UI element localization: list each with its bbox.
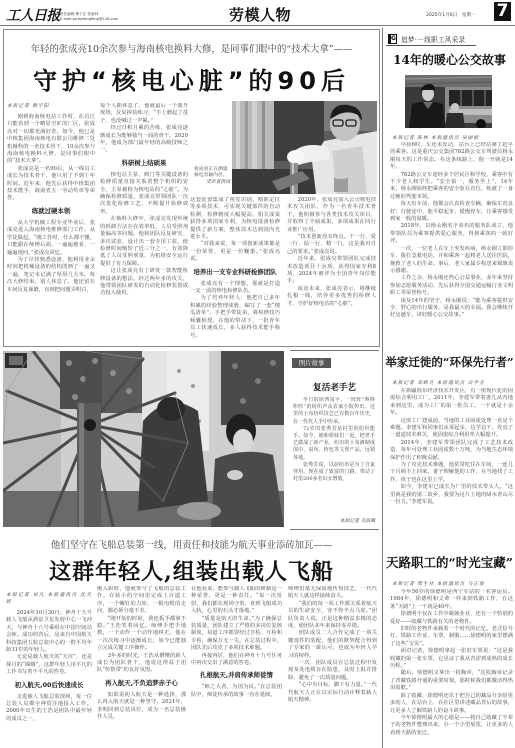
byline: 本报记者 吴凡 本报通讯员 沈天娇 bbox=[6, 592, 92, 606]
spinning-wheel-photo-image bbox=[3, 351, 284, 527]
newspaper-logo: 工人日报 bbox=[6, 5, 60, 25]
paragraph: 72岁的张秀芳是村里的纺织能手。如今，她和姐妹们一起，把老手艺做成了新产业，纺出… bbox=[293, 426, 375, 462]
paragraph: 在新疆准东经济技术开发区，有一座现代化的固废综合利用工厂。2011年，李建军带着… bbox=[390, 388, 513, 418]
paragraph: 如果说初入航天是一种选择，那么再入航天就是一种坚守。2021年，李明回到总装岗位… bbox=[97, 692, 186, 722]
paragraph: 核电站主泵、阀门等关键设备的检修质量直接关系着整个机组的安全，主泵被称为核电站的… bbox=[100, 172, 188, 216]
bottom-article-kicker: 他们坚守在飞船总装第一线，用责任和技能为航天事业添砖加瓦—— bbox=[3, 537, 380, 551]
paragraph: “技术创新没有终点。干一行、爱一行、钻一行、精一行，这是我对自己的要求。”张成亮… bbox=[287, 234, 376, 256]
subheading: 扎根航天,并肩传承师徒情 bbox=[191, 671, 282, 680]
subheading: 初入航天,00后快速成长 bbox=[6, 681, 92, 690]
paragraph: “师之大者，为国为民。”在总装团队中，师徒传承的故事一直在延续。 bbox=[191, 684, 282, 699]
column-header-rule bbox=[386, 45, 476, 46]
issue-date: 2025年1月6日 星期一 bbox=[426, 12, 476, 18]
story-body-railway: 今年56岁的徐德明是西宁车站的一名客运员。1984年，徐德明和父辈一样来到铁路工… bbox=[390, 589, 513, 747]
paragraph: 如今，李建军已成长为厂里的技术带头人。“这里就是我的第二故乡，我要为这片土地的绿… bbox=[390, 484, 513, 506]
story-headline-bus[interactable]: 14年的暖心公交故事 bbox=[385, 51, 514, 68]
page-number-badge: 7 bbox=[494, 2, 511, 21]
bottom-article-column-3: 在他看来，能参与载人飞船的研制是一种荣誉，更是一种责任。“每一次发射，我们都在现… bbox=[191, 586, 282, 748]
bus-driver-photo-image bbox=[405, 75, 492, 128]
photo-story-headline[interactable]: 复活老手艺 bbox=[290, 381, 379, 393]
paragraph: 在换料大修中，张成亮发现传统的拆卸方法存在效率低、人员受照剂量偏高等问题。他和团… bbox=[100, 216, 188, 268]
newspaper-page: 工人日报 责任编辑:曹子正 张新林 E-mail:grrbzhengfeng@1… bbox=[0, 0, 515, 748]
bottom-article-headline[interactable]: 这群年轻人,组装出载人飞船 bbox=[3, 555, 380, 586]
column-title: 追梦·一线职工风采录 bbox=[401, 34, 465, 44]
masthead-divider bbox=[0, 25, 515, 26]
story-headline-railway[interactable]: 天路职工的“时光宝藏” bbox=[385, 553, 514, 571]
paragraph: 每个人都休息了，他就最后一个离开现场，反复拆装练习，“手上磨起了茧子，也没喊过一… bbox=[100, 103, 188, 125]
editor-info: 责任编辑:曹子正 张新林 E-mail:grrbzhengfeng@126.co… bbox=[60, 12, 118, 21]
paragraph: 张秀芳说，以前纺布是为了自家穿用，现在成了致富的门路，带动了村里200多名妇女增… bbox=[293, 462, 375, 484]
subheading: 练就过硬本领 bbox=[7, 207, 95, 216]
paragraph: 师傅们毫无保留地传授技艺，一代代航天人就这样接续奋斗。 bbox=[288, 586, 377, 601]
paragraph: 这让张成亮有了研发一款智能检修设备的想法。经过两年多的攻关，他带领团队研发的自动… bbox=[100, 268, 188, 298]
paragraph: 工作之余，杨永刚还热心公益事业，多年来坚持参加志愿服务活动，先后获得全国交通运输… bbox=[390, 275, 513, 297]
top-article-headline[interactable]: 守护“核电心脏”的90后 bbox=[3, 61, 380, 96]
paragraph: “对我来说，每一项创新成果都是一份荣誉，更是一份鞭策。”张成亮说。 bbox=[190, 241, 280, 263]
paragraph: 一次，团队成员在总装过程中发现某处电缆存在隐患，及时上报并排除，避免了一次质量问… bbox=[288, 660, 377, 682]
paragraph: 团队成员二人合作完成了一项关键部件的装配，他们的默契配合得到了专家的一致认可，也… bbox=[288, 630, 377, 660]
editor-email: E-mail:grrbzhengfeng@126.com bbox=[60, 17, 118, 22]
story-body-bus: 早晨6时，车还未发动，站台上已经站满了赶早的乘客。这是重庆公交集团762路公交车… bbox=[390, 142, 513, 345]
photo-credit: 受访者供图 bbox=[194, 180, 230, 186]
paragraph: 为了培养年轻人，他把自己多年积累的经验整理成册，编写了一套“傻瓜清单”，手把手带… bbox=[190, 295, 280, 339]
story-byline-bus: 本报记者 陈林 本报通讯员 吴丽娟 bbox=[392, 134, 479, 141]
top-article-column-3: 这套装置集成了视觉识别、精准定位等多项技术，可实现关键部件的自动检测，检修精度大… bbox=[190, 197, 280, 345]
subheading: 培养出一支专业科研检修团队 bbox=[190, 268, 280, 277]
paragraph: “心中有目标，脚下有力量。”一代代航天人正在以实际行动诠释着载人航天精神。 bbox=[288, 682, 377, 704]
paragraph: 谈及14年的坚守，杨永刚说：“能为乘客提供安全、舒心的出行服务，是我最大的幸福。… bbox=[390, 298, 513, 320]
photo-story-label: 图片故事 bbox=[292, 358, 331, 368]
top-article-kicker: 年轻的张成亮10余次参与海南核电换料大修，是同事们眼中的“技术大拿”—— bbox=[3, 41, 380, 55]
column-divider bbox=[382, 28, 383, 748]
paragraph: 每天出车前，他都会认真检查车辆，确保车况良好；行驶途中，他平稳起步、缓慢停车，让… bbox=[390, 201, 513, 223]
subheading: 科研树上结硕果 bbox=[100, 159, 188, 168]
technician-photo[interactable] bbox=[232, 101, 377, 194]
paragraph: “我们的每一项工作都关系着航天员的生命安全，容不得半点马虎。”团队负责人说，正是… bbox=[288, 601, 377, 631]
paragraph: 从大学机械工程专业毕业后，张成亮进入海南核电维修部门工作，从学徒做起。“刚工作时… bbox=[7, 220, 95, 257]
paragraph: 2024年10月30日，神舟十九号载人飞船从酒泉卫星发射中心一飞冲天，与神舟十八… bbox=[6, 610, 92, 654]
paragraph: 无论是载人航天的“天宫”，还是探月的“嫦娥”，这群年轻人用平凡的工作书写着不平凡… bbox=[6, 654, 92, 676]
paragraph: “质量是航天的生命。”为了确保总装质量，团队建立了严格的多岗位复核制度，每道工序… bbox=[191, 616, 282, 653]
paragraph: 随后，徐德明又拿出一枚胸章，“这枚胸章记录了青藏铁路开通的重要时刻，那时候我们都… bbox=[390, 670, 513, 692]
paragraph: 762路公交车途经多个居民区和学校，乘客中有不少老人和学生。“安全第一，服务至上… bbox=[390, 172, 513, 202]
bottom-article-column-2: 刚入职时，他就参与了飞船的总装工作。在狭小的空间里完成上百道工序，一个螺钉的力矩… bbox=[97, 586, 186, 748]
paragraph: 今年56岁的徐德明是西宁车站的一名客运员。1984年，徐德明和父辈一样来到铁路工… bbox=[390, 589, 513, 611]
paragraph: 刚到海南核电站工作时，在昌江只能看到一个略显空旷的厂区，张成亮对一切都充满好奇。… bbox=[7, 114, 95, 166]
paragraph: 除了收藏，徐德明还乐于把自己的藏品分享给更多的人，在站台上、在社区里讲述藏品背后… bbox=[390, 693, 513, 715]
byline: 本报记者 谢宇阳 bbox=[7, 103, 95, 110]
paragraph: 为了尽快熟悉设备，他利用业余时间把机械设备的结构图画了一遍又一遍，笔记本记满了厚… bbox=[7, 257, 95, 294]
story-byline-railway: 本报记者 邢生祥 本报通讯员 马正俊 bbox=[392, 580, 485, 587]
technician-photo-image bbox=[232, 101, 377, 194]
paragraph: 刚入职时，他就参与了飞船的总装工作。在狭小的空间里完成上百道工序，一个螺钉的力矩… bbox=[97, 586, 186, 616]
photo-caption: 张成亮正在测量核电泵轴内径。 受访者供图 bbox=[194, 167, 230, 186]
paragraph: 走进载人飞船总装现场，每一位总装人员都全神贯注地投入工作。2000年出生的王浩是… bbox=[6, 694, 92, 724]
paragraph: 徐德明不仅在工作中兢兢业业，还有一个特别的爱好——收藏与铁路有关的老物件。 bbox=[390, 611, 513, 626]
paragraph: 面对记者，徐德明拿起一张旧车票说：“这是我收藏的第一张车票，它见证了我从青涩到成… bbox=[390, 648, 513, 670]
paragraph: 再接再厉，他们在神舟十九号任务中再次交出了满意的答卷。 bbox=[191, 653, 282, 668]
paragraph: 这套装置集成了视觉识别、精准定位等多项技术，可实现关键部件的自动检测，检修精度大… bbox=[190, 197, 280, 241]
paragraph: 3年多的时光，王浩从懵懂的新人成长为团队骨干，他说这得益于团队“传帮带”的良好氛… bbox=[97, 653, 186, 675]
photo-story-byline: 本报记者 毛浓曦 bbox=[293, 517, 375, 524]
subheading: 再入航天,不负追梦赤子心 bbox=[97, 679, 186, 688]
paragraph: “刚开始的时候，我连扳手都拿不稳。”王浩笑着回忆。师傅手把手地教，一个动作一个动… bbox=[97, 616, 186, 653]
paragraph: 在他看来，能参与载人飞船的研制是一种荣誉，更是一种责任。“每一次发射，我们都在现… bbox=[191, 586, 282, 616]
paragraph: 早晨6时，车还未发动，站台上已经站满了赶早的乘客。这是重庆公交集团762路公交车… bbox=[390, 142, 513, 172]
story-byline-environment: 本报记者 邓崎凡 本报通讯员 岳学圣 bbox=[392, 379, 485, 386]
paragraph: 经过日积月累的苦练，张成亮逐渐成长为能够独当一面的骨干。2020年，他成为部门最… bbox=[100, 125, 188, 155]
photo-story-bottom-rule bbox=[290, 529, 379, 530]
paragraph: 张成亮有一个理想，那就是打造一支一流的核电检修队伍。 bbox=[190, 281, 280, 296]
paragraph: 为了攻克技术难题，他常常吃住在车间，一连几个月顾不上回家。妻子理解他的工作，在当… bbox=[390, 462, 513, 484]
story-body-environment: 在新疆准东经济技术开发区，有一座现代化的固废综合利用工厂。2011年，李建军带着… bbox=[390, 388, 513, 540]
paragraph: 冬日的陕西富平，一阵阵“咚咚咔咔”的纺织声从农家小院传出。这里的土布纺织技艺已有… bbox=[293, 397, 375, 426]
section-title: 劳模人物 bbox=[229, 4, 291, 25]
spinning-wheel-photo[interactable] bbox=[3, 351, 284, 527]
paragraph: 近年来，张成亮带领团队完成技术改造项目十余项，获得国家专利8项，2024年被评为… bbox=[287, 256, 376, 286]
paragraph: 这座工厂建成前，当地的工业固废处理一直是个难题。李建军和同事们从零起步，边学边干… bbox=[390, 418, 513, 440]
column-logo-icon: G bbox=[388, 34, 397, 44]
caption-text: 张成亮正在测量核电泵轴内径。 bbox=[194, 167, 228, 178]
paragraph: 一次，一位老人在车上突发疾病，杨永刚立即停车，拨打急救电话，并和乘客一起将老人送… bbox=[390, 246, 513, 276]
paragraph: 2014年，李建军带领团队完成了工艺技术改造，每年可处理工业固废数十万吨，为当地… bbox=[390, 440, 513, 462]
bottom-article-column-1: 本报记者 吴凡 本报通讯员 沈天娇 2024年10月30日，神舟十九号载人飞船从… bbox=[6, 592, 92, 748]
paragraph: 旧时的老物件承载着一个时代的记忆。老式信号灯、铁路工作证、车票、制服……徐德明的… bbox=[390, 626, 513, 648]
bus-driver-photo[interactable] bbox=[405, 75, 492, 128]
paragraph: 2020年，张成亮加入公司核电技术攻关团队，作为一名青年技术骨干，他积极参与各类… bbox=[287, 197, 376, 234]
story-headline-environment[interactable]: 举家迁徙的“环保先行者” bbox=[385, 354, 514, 370]
paragraph: 张成亮是一名90后，从一线员工成长为技术骨干，他只用了不到十年时间。近年来，他先… bbox=[7, 166, 95, 203]
top-article-column-4: 2020年，张成亮加入公司核电技术攻关团队，作为一名青年技术骨干，他积极参与各类… bbox=[287, 197, 376, 345]
column-header: G 追梦·一线职工风采录 bbox=[388, 33, 465, 44]
paragraph: 谈及未来，张成亮表示，将继续扎根一线，培养更多优秀的检修人才，守护好核电站的“心… bbox=[287, 286, 376, 308]
top-article-column-1: 本报记者 谢宇阳 刚到海南核电站工作时，在昌江只能看到一个略显空旷的厂区，张成亮… bbox=[7, 103, 95, 345]
paragraph: 2018年，以杨永刚名字命名的服务队成立，他带领队员为乘客提供爱心服务，得到乘客… bbox=[390, 223, 513, 245]
top-article-column-2: 每个人都休息了，他就最后一个离开现场，反复拆装练习，“手上磨起了茧子，也没喊过一… bbox=[100, 103, 188, 345]
photo-story-body: 冬日的陕西富平，一阵阵“咚咚咔咔”的纺织声从农家小院传出。这里的土布纺织技艺已有… bbox=[293, 397, 375, 514]
photo-story-top-rule bbox=[290, 350, 379, 351]
bottom-article-column-4: 师傅们毫无保留地传授技艺，一代代航天人就这样接续奋斗。 “我们的每一项工作都关系… bbox=[288, 586, 377, 748]
paragraph: 今年徐德明最大的心愿是——将自己收藏了半辈子的老物件整理出来，办一个小型展览，让… bbox=[390, 715, 513, 737]
